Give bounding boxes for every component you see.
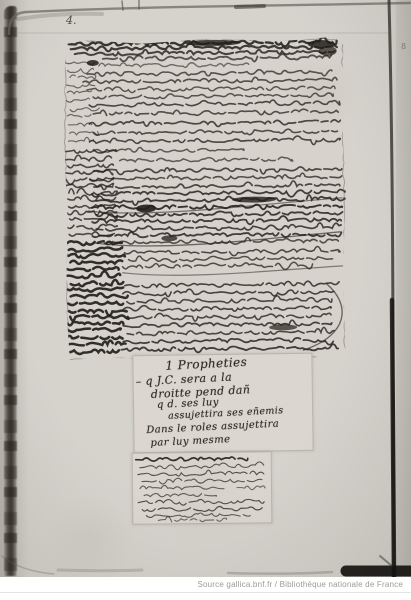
gallica-scan-viewport: 4. 1 Propheties – q J.C. sera a la droit… (0, 0, 411, 600)
handwritten-line: 1 Propheties (165, 355, 247, 373)
page-right-gutter (396, 0, 411, 577)
handwritten-line: par luy mesme (150, 434, 230, 449)
handwritten-line: Dans le roles assujettira (146, 419, 279, 436)
footer-divider (0, 592, 411, 593)
main-handwriting-ink (63, 37, 348, 361)
middle-pasted-slip: 1 Propheties – q J.C. sera a la droitte … (132, 353, 313, 454)
main-manuscript-sheet (63, 37, 348, 361)
source-attribution-text: Source gallica.bnf.fr / Bibliothèque nat… (197, 580, 403, 589)
bottom-pasted-slip (132, 451, 273, 524)
bottom-handwriting-ink (133, 452, 272, 523)
manuscript-photo: 4. 1 Propheties – q J.C. sera a la droit… (0, 0, 411, 577)
source-attribution-bar: Source gallica.bnf.fr / Bibliothèque nat… (0, 577, 411, 600)
book-spine-edge (4, 6, 17, 576)
margin-mark: 8 (401, 42, 406, 51)
folio-number: 4. (66, 14, 77, 27)
